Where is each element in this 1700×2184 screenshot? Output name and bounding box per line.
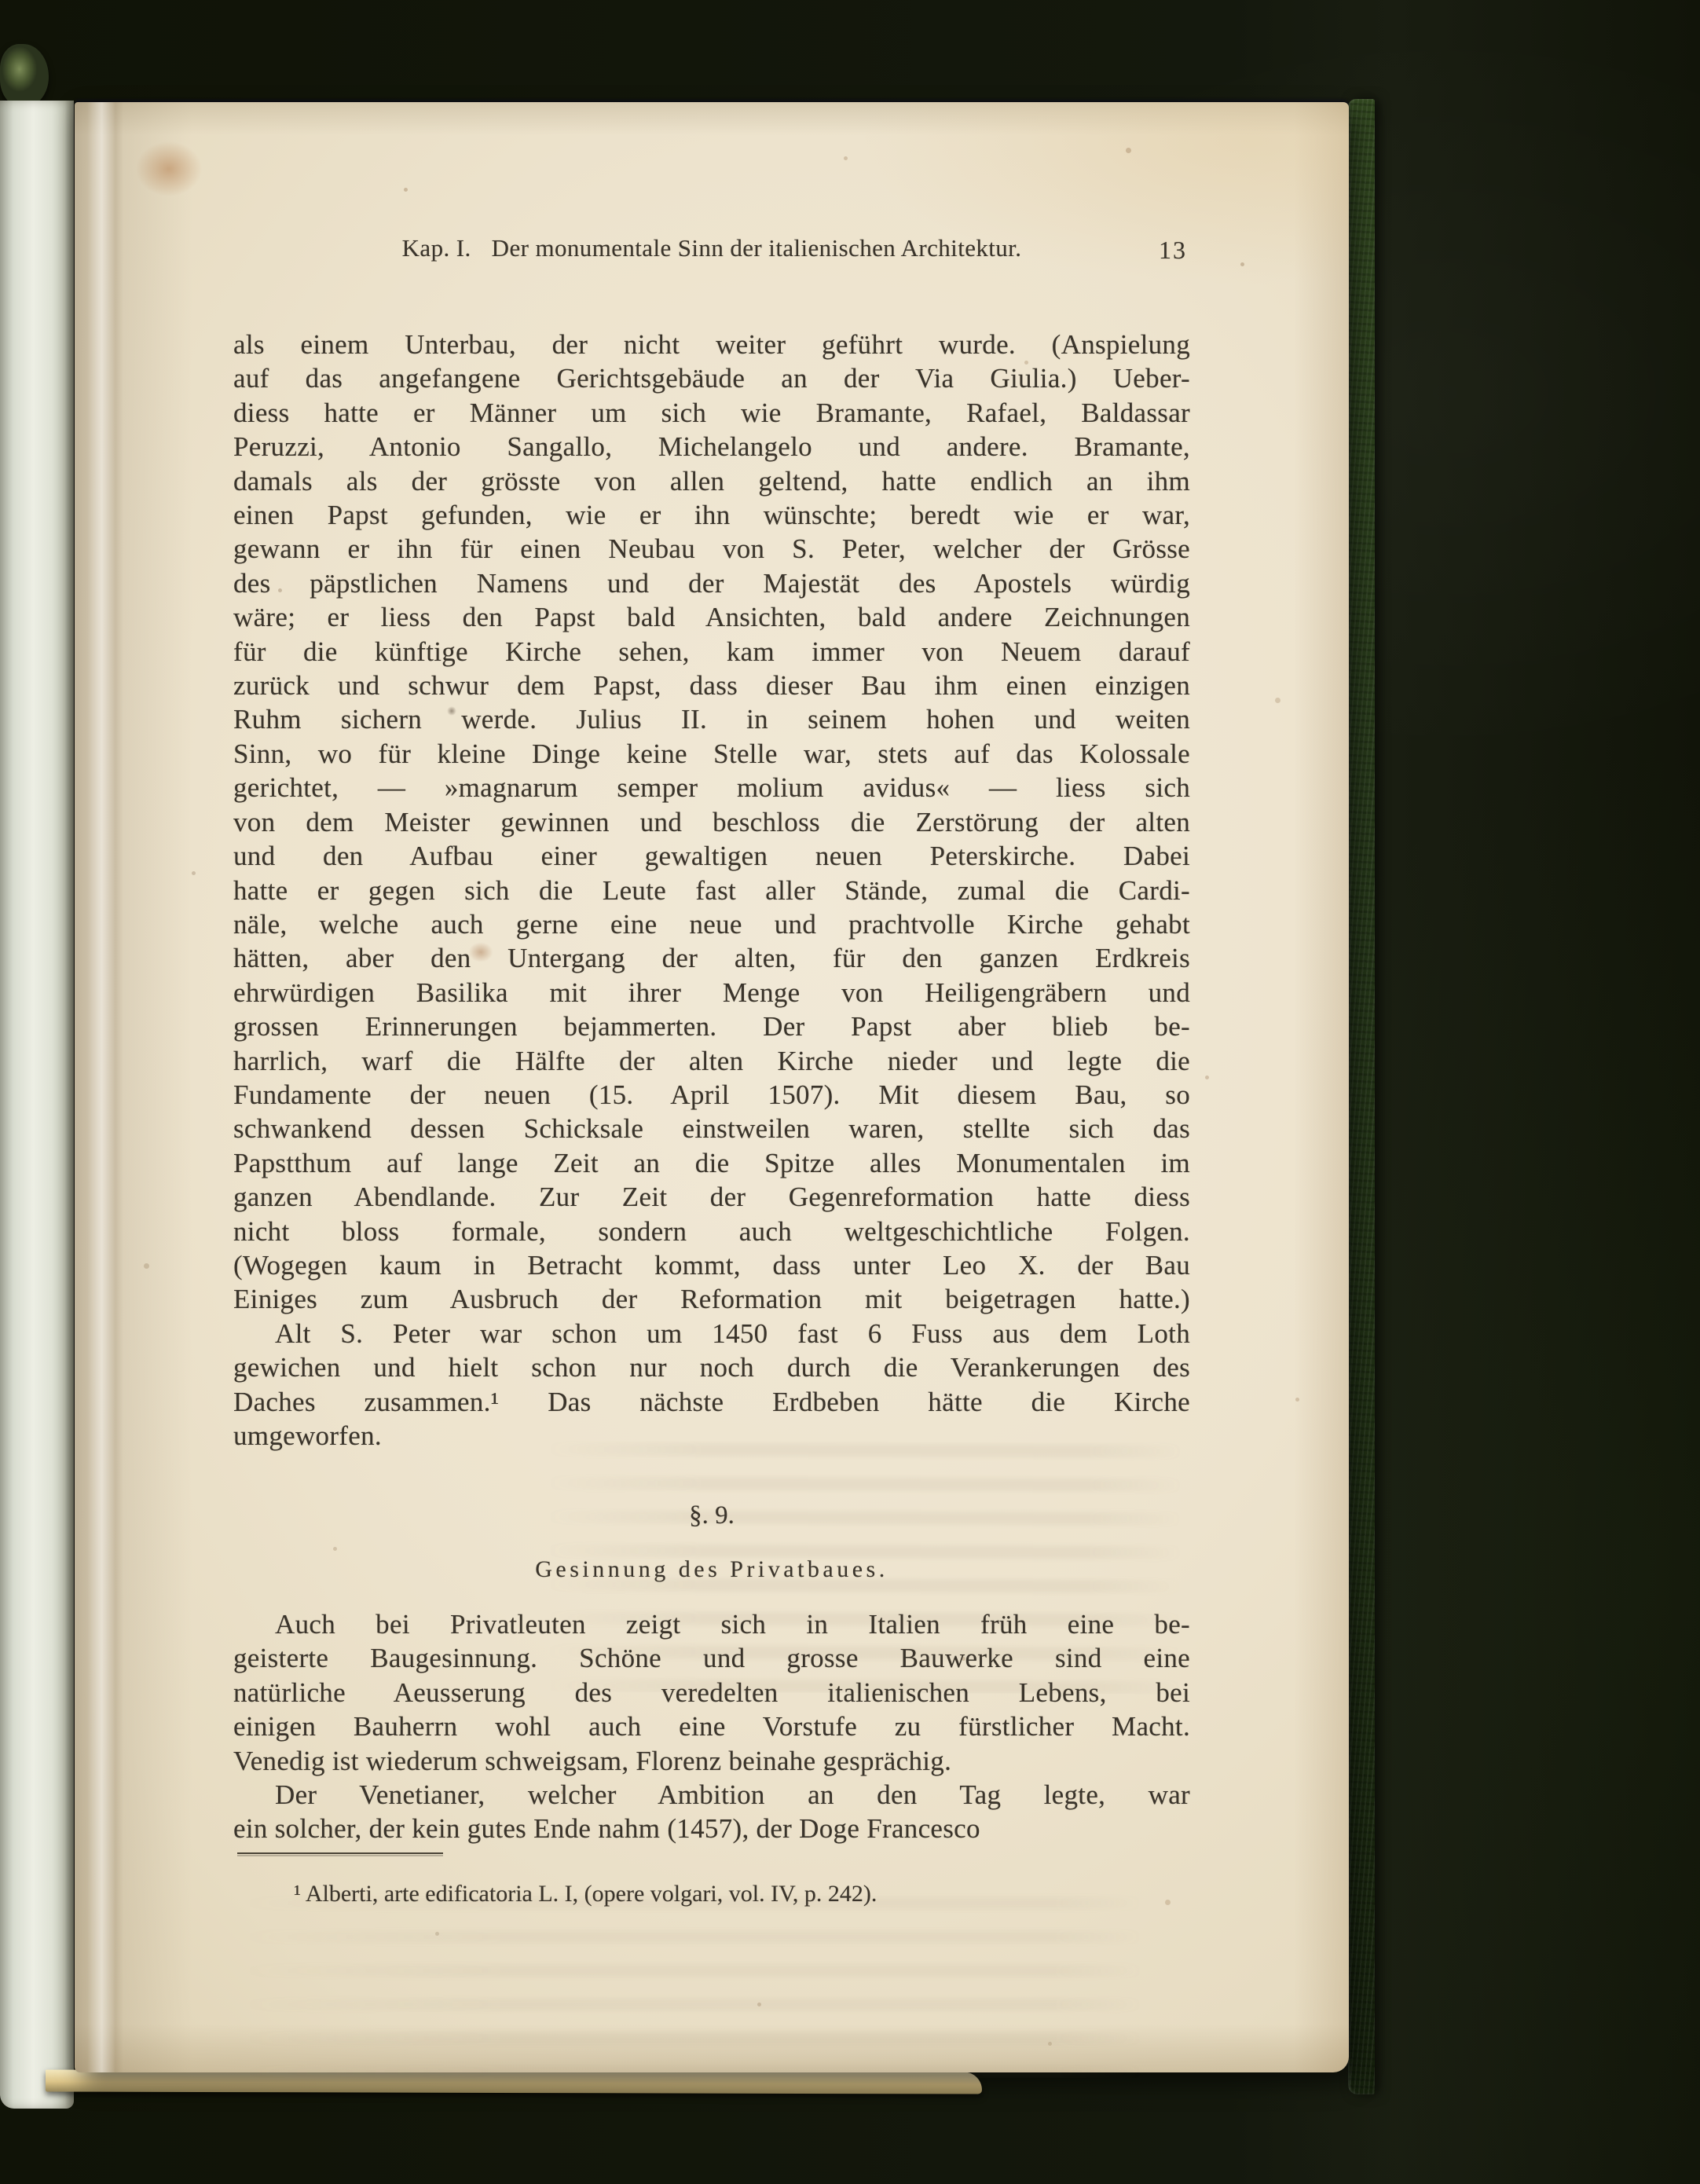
text-line: zurück und schwur dem Papst, dass dieser… — [233, 669, 1190, 702]
section-title: Gesinnung des Privatbaues. — [233, 1554, 1190, 1585]
footnote-separator-rule — [237, 1852, 443, 1854]
text-column: Kap. I.Der monumentale Sinn der italieni… — [233, 102, 1190, 2072]
main-text-block: als einem Unterbau, der nicht weiter gef… — [233, 328, 1190, 1453]
paragraph: als einem Unterbau, der nicht weiter gef… — [233, 328, 1190, 1317]
text-line: als einem Unterbau, der nicht weiter gef… — [233, 328, 1190, 361]
text-line: ehrwürdigen Basilika mit ihrer Menge von… — [233, 976, 1190, 1010]
text-line: Fundamente der neuen (15. April 1507). M… — [233, 1078, 1190, 1112]
facing-page-edge — [0, 101, 74, 2109]
book-cover-edge — [1348, 99, 1375, 2094]
text-line: hatte er gegen sich die Leute fast aller… — [233, 874, 1190, 907]
text-line: (Wogegen kaum in Betracht kommt, dass un… — [233, 1248, 1190, 1282]
text-line: von dem Meister gewinnen und beschloss d… — [233, 805, 1190, 839]
page-block-bottom-edge — [46, 2069, 982, 2094]
text-line: damals als der grösste von allen geltend… — [233, 464, 1190, 498]
text-line: grossen Erinnerungen bejammerten. Der Pa… — [233, 1010, 1190, 1043]
text-line: einen Papst gefunden, wie er ihn wünscht… — [233, 498, 1190, 532]
text-line: des päpstlichen Namens und der Majestät … — [233, 566, 1190, 600]
text-line: gerichtet, — »magnarum semper molium avi… — [233, 771, 1190, 804]
text-line: ganzen Abendlande. Zur Zeit der Gegenref… — [233, 1180, 1190, 1214]
running-header: Kap. I.Der monumentale Sinn der italieni… — [233, 233, 1190, 264]
text-line: diess hatte er Männer um sich wie Braman… — [233, 396, 1190, 430]
text-line: Alt S. Peter war schon um 1450 fast 6 Fu… — [233, 1317, 1190, 1350]
paper-foxing-specks — [75, 102, 77, 104]
text-line: Auch bei Privatleuten zeigt sich in Ital… — [233, 1607, 1190, 1641]
text-line: schwankend dessen Schicksale einstweilen… — [233, 1112, 1190, 1145]
text-line: einigen Bauherrn wohl auch eine Vorstufe… — [233, 1709, 1190, 1743]
paragraph: Alt S. Peter war schon um 1450 fast 6 Fu… — [233, 1317, 1190, 1453]
text-line: und den Aufbau einer gewaltigen neuen Pe… — [233, 839, 1190, 873]
paragraph: Auch bei Privatleuten zeigt sich in Ital… — [233, 1607, 1190, 1846]
text-line: Peruzzi, Antonio Sangallo, Michelangelo … — [233, 430, 1190, 464]
book-page: Kap. I.Der monumentale Sinn der italieni… — [75, 102, 1349, 2072]
text-line: nicht bloss formale, sondern auch weltge… — [233, 1215, 1190, 1248]
text-line: für die künftige Kirche sehen, kam immer… — [233, 635, 1190, 669]
text-line: geisterte Baugesinnung. Schöne und gross… — [233, 1641, 1190, 1675]
text-line: Der Venetianer, welcher Ambition an den … — [233, 1778, 1190, 1812]
text-line: Einiges zum Ausbruch der Reformation mit… — [233, 1282, 1190, 1316]
text-line: gewann er ihn für einen Neubau von S. Pe… — [233, 532, 1190, 566]
chapter-label: Kap. I. — [402, 234, 471, 262]
gutter-crease — [87, 102, 123, 2072]
book-clasp-remnant — [0, 44, 49, 107]
text-line: Sinn, wo für kleine Dinge keine Stelle w… — [233, 737, 1190, 771]
lower-text-block: Auch bei Privatleuten zeigt sich in Ital… — [233, 1607, 1190, 1846]
text-line: ein solcher, der kein gutes Ende nahm (1… — [233, 1812, 1190, 1845]
text-line: auf das angefangene Gerichtsgebäude an d… — [233, 361, 1190, 395]
text-line: harrlich, warf die Hälfte der alten Kirc… — [233, 1044, 1190, 1078]
text-line: Ruhm sichern werde. Julius II. in seinem… — [233, 702, 1190, 736]
section-number: §. 9. — [233, 1499, 1190, 1532]
chapter-title: Der monumentale Sinn der italienischen A… — [492, 234, 1022, 262]
text-line: gewichen und hielt schon nur noch durch … — [233, 1350, 1190, 1384]
photograph-of-open-book: { "book": { "header": { "chapter": "Kap.… — [0, 0, 1700, 2184]
page-number: 13 — [1159, 234, 1187, 266]
text-line: Papstthum auf lange Zeit an die Spitze a… — [233, 1146, 1190, 1180]
footnote: ¹ Alberti, arte edificatoria L. I, (oper… — [233, 1879, 1190, 1909]
text-line: umgeworfen. — [233, 1419, 1190, 1453]
text-line: näle, welche auch gerne eine neue und pr… — [233, 907, 1190, 941]
text-line: Daches zusammen.¹ Das nächste Erdbeben h… — [233, 1385, 1190, 1419]
text-line: natürliche Aeusserung des veredelten ita… — [233, 1676, 1190, 1709]
running-header-title: Kap. I.Der monumentale Sinn der italieni… — [233, 233, 1190, 264]
text-line: Venedig ist wiederum schweigsam, Florenz… — [233, 1744, 1190, 1778]
text-line: wäre; er liess den Papst bald Ansichten,… — [233, 600, 1190, 634]
text-line: hätten, aber den Untergang der alten, fü… — [233, 941, 1190, 975]
